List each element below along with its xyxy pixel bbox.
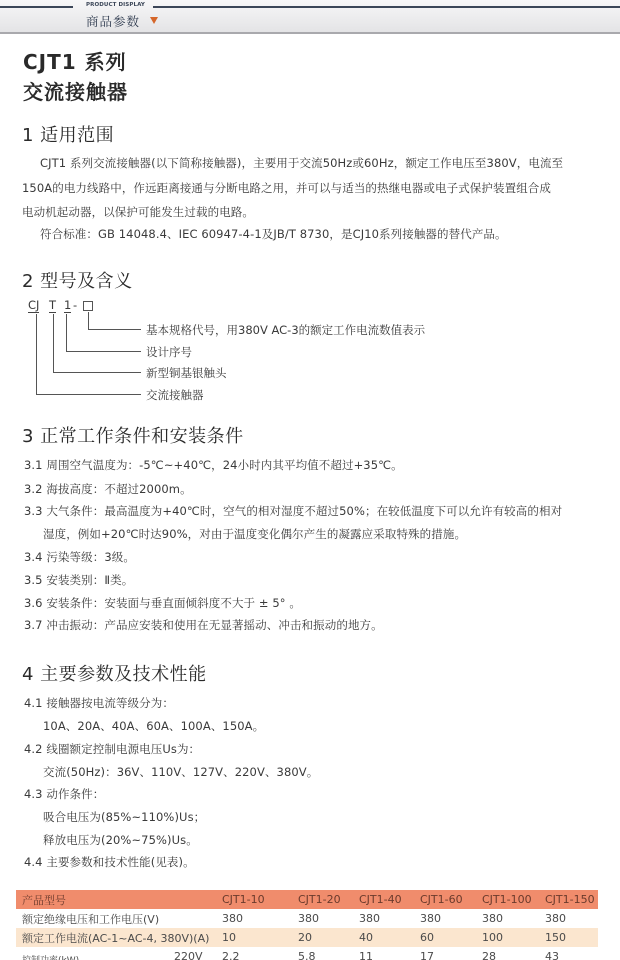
table-row: 控制功率(kW) 220V 2.2 5.8 11 17 28 43	[16, 947, 598, 960]
param-item: 4.2 线圈额定控制电源电压Us为：	[24, 741, 200, 757]
section-banner: PRODUCT DISPLAY 商品参数	[0, 0, 620, 34]
spec-table: 产品型号 CJT1-10 CJT1-20 CJT1-40 CJT1-60 CJT…	[16, 890, 598, 960]
table-cell: 28	[476, 947, 539, 960]
header-cell: CJT1-40	[353, 890, 414, 909]
leader-line	[36, 314, 37, 395]
condition-item: 3.4 污染等级：3级。	[24, 549, 135, 565]
condition-item: 3.7 冲击振动：产品应安装和使用在无显著摇动、冲击和振动的地方。	[24, 617, 383, 633]
param-item: 4.4 主要参数和技术性能(见表)。	[24, 854, 195, 870]
header-cell: CJT1-10	[216, 890, 292, 909]
header-cell: 产品型号	[16, 890, 168, 909]
section-1-heading: 1 适用范围	[22, 121, 114, 147]
condition-item: 3.6 安装条件：安装面与垂直面倾斜度不大于 ± 5° 。	[24, 595, 301, 611]
table-cell: 380	[539, 909, 598, 928]
table-cell: 380	[216, 909, 292, 928]
param-item: 4.1 接触器按电流等级分为：	[24, 695, 174, 711]
section-1-paragraph-line: 电动机起动器，以保护可能发生过载的电路。	[22, 204, 254, 220]
table-cell: 60	[414, 928, 476, 947]
code-part-1: 1	[64, 298, 71, 312]
banner-rule-right	[153, 6, 620, 8]
table-cell: 380	[353, 909, 414, 928]
standards-line: 符合标准：GB 14048.4、IEC 60947-4-1及JB/T 8730，…	[40, 226, 507, 242]
table-cell: 43	[539, 947, 598, 960]
product-series-title: CJT1 系列	[23, 46, 127, 75]
product-name-title: 交流接触器	[23, 76, 128, 105]
condition-item: 3.1 周围空气温度为：-5℃~+40℃，24小时内其平均值不超过+35℃。	[24, 457, 403, 473]
section-1-paragraph-line: 150A的电力线路中，作远距离接通与分断电路之用，并可以与适当的热继电器或电子式…	[22, 180, 551, 196]
table-cell: 380	[292, 909, 353, 928]
leader-line	[53, 372, 141, 373]
header-cell: CJT1-150	[539, 890, 598, 909]
code-meaning-spec: 基本规格代号，用380V AC-3的额定工作电流数值表示	[146, 322, 425, 338]
triangle-down-icon	[150, 17, 158, 24]
row-sublabel: 220V	[168, 947, 216, 960]
code-meaning-contact: 新型铜基银触头	[146, 365, 227, 381]
banner-title: 商品参数	[86, 12, 140, 30]
param-item: 4.3 动作条件：	[24, 786, 104, 802]
header-cell: CJT1-60	[414, 890, 476, 909]
param-value: 交流(50Hz)：36V、110V、127V、220V、380V。	[43, 764, 318, 780]
model-code-diagram: CJ T 1 - 基本规格代号，用380V AC-3的额定工作电流数值表示 设计…	[22, 298, 462, 408]
table-row: 额定工作电流(AC-1~AC-4, 380V)(A) 10 20 40 60 1…	[16, 928, 598, 947]
banner-subtitle: PRODUCT DISPLAY	[86, 2, 145, 8]
leader-line	[53, 314, 54, 373]
header-cell	[168, 890, 216, 909]
code-meaning-type: 交流接触器	[146, 387, 204, 403]
leader-line	[66, 351, 141, 352]
code-part-t: T	[49, 298, 56, 312]
table-row: 额定绝缘电压和工作电压(V) 380 380 380 380 380 380	[16, 909, 598, 928]
table-cell: 100	[476, 928, 539, 947]
table-cell: 380	[476, 909, 539, 928]
table-cell: 5.8	[292, 947, 353, 960]
code-meaning-design-no: 设计序号	[146, 344, 192, 360]
code-part-cj: CJ	[28, 298, 39, 312]
section-1-paragraph-line: CJT1 系列交流接触器(以下简称接触器)，主要用于交流50Hz或60Hz，额定…	[40, 155, 563, 171]
leader-line	[36, 394, 141, 395]
section-4-heading: 4 主要参数及技术性能	[22, 660, 207, 686]
table-cell: 17	[414, 947, 476, 960]
row-label: 控制功率(kW)	[16, 947, 168, 960]
code-part-dash: -	[73, 298, 77, 312]
table-header-row: 产品型号 CJT1-10 CJT1-20 CJT1-40 CJT1-60 CJT…	[16, 890, 598, 909]
banner-rule-left	[0, 6, 73, 8]
table-cell: 150	[539, 928, 598, 947]
header-cell: CJT1-100	[476, 890, 539, 909]
param-value: 释放电压为(20%~75%)Us。	[43, 832, 198, 848]
table-cell: 2.2	[216, 947, 292, 960]
row-label: 额定工作电流(AC-1~AC-4, 380V)(A)	[16, 928, 216, 947]
table-cell: 380	[414, 909, 476, 928]
condition-item-continued: 湿度，例如+20℃时达90%，对由于温度变化偶尔产生的凝露应采取特殊的措施。	[43, 526, 466, 542]
table-cell: 20	[292, 928, 353, 947]
table-cell: 40	[353, 928, 414, 947]
leader-line	[66, 314, 67, 352]
table-cell: 11	[353, 947, 414, 960]
section-2-heading: 2 型号及含义	[22, 267, 133, 293]
table-cell: 10	[216, 928, 292, 947]
header-cell: CJT1-20	[292, 890, 353, 909]
section-3-heading: 3 正常工作条件和安装条件	[22, 422, 244, 448]
condition-item: 3.3 大气条件：最高温度为+40℃时，空气的相对湿度不超过50%；在较低温度下…	[24, 503, 562, 519]
spec-placeholder-box	[83, 301, 93, 311]
condition-item: 3.2 海拔高度：不超过2000m。	[24, 481, 192, 497]
param-value: 吸合电压为(85%~110%)Us；	[43, 809, 205, 825]
leader-line	[88, 329, 141, 330]
row-label: 额定绝缘电压和工作电压(V)	[16, 909, 216, 928]
leader-line	[88, 312, 89, 330]
param-value: 10A、20A、40A、60A、100A、150A。	[43, 718, 264, 734]
condition-item: 3.5 安装类别：Ⅱ类。	[24, 572, 133, 588]
